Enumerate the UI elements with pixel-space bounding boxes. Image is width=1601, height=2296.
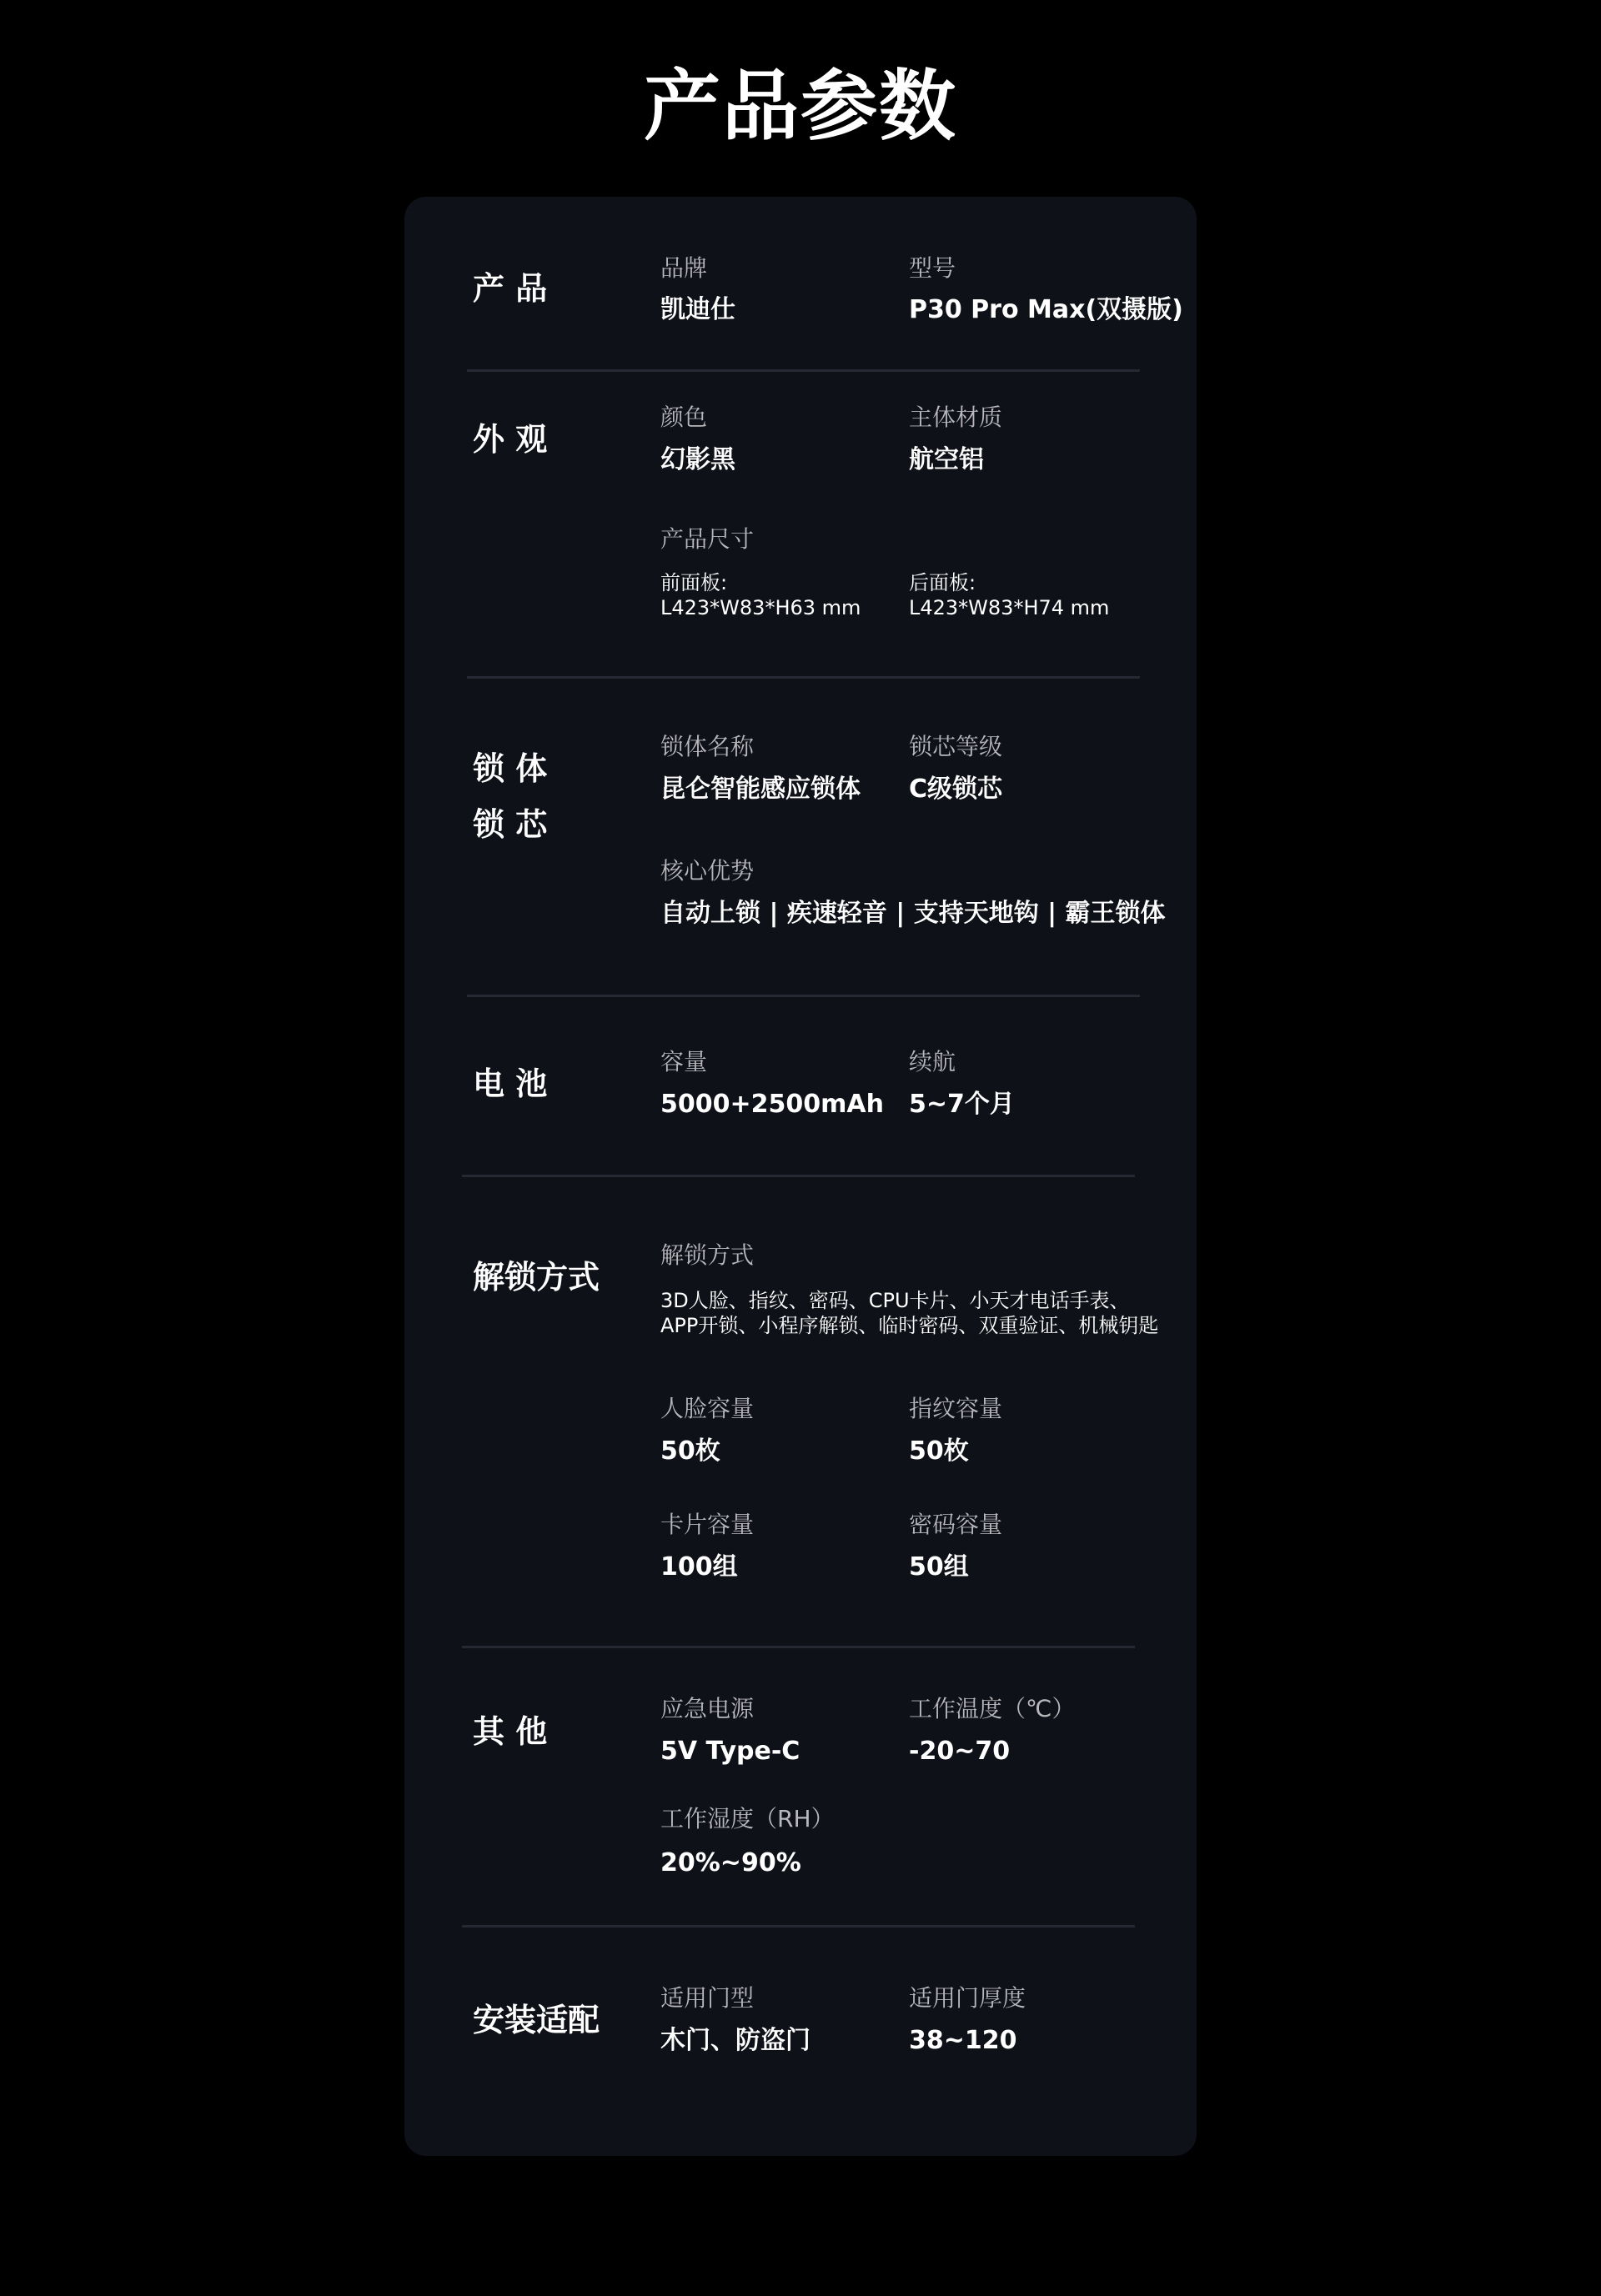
fingerprint-capacity-label: 指纹容量 bbox=[909, 1395, 1002, 1423]
capacity-value: 5000+2500mAh bbox=[660, 1090, 884, 1120]
password-capacity-label: 密码容量 bbox=[909, 1511, 1002, 1539]
divider bbox=[467, 369, 1140, 372]
model-value: P30 Pro Max(双摄版) bbox=[909, 295, 1183, 325]
door-type-value: 木门、防盗门 bbox=[660, 2026, 811, 2056]
section-title-lock-cylinder: 锁 芯 bbox=[473, 806, 547, 843]
divider bbox=[462, 1646, 1135, 1648]
password-capacity-value: 50组 bbox=[909, 1552, 969, 1582]
cylinder-grade-value: C级锁芯 bbox=[909, 775, 1002, 805]
brand-label: 品牌 bbox=[660, 254, 707, 283]
divider bbox=[462, 1175, 1135, 1177]
unlock-methods-label: 解锁方式 bbox=[660, 1241, 754, 1270]
work-humidity-value: 20%~90% bbox=[660, 1848, 801, 1878]
section-title-battery: 电 池 bbox=[473, 1065, 547, 1102]
unlock-methods-line2: APP开锁、小程序解锁、临时密码、双重验证、机械钥匙 bbox=[660, 1313, 1158, 1338]
material-label: 主体材质 bbox=[909, 404, 1002, 432]
face-capacity-label: 人脸容量 bbox=[660, 1395, 754, 1423]
capacity-label: 容量 bbox=[660, 1048, 707, 1076]
page-title: 产品参数 bbox=[0, 65, 1601, 148]
endurance-value: 5~7个月 bbox=[909, 1090, 1015, 1120]
material-value: 航空铝 bbox=[909, 445, 984, 475]
section-title-appearance: 外 观 bbox=[473, 421, 547, 458]
door-type-label: 适用门型 bbox=[660, 1984, 754, 2013]
divider bbox=[467, 676, 1140, 679]
card-capacity-label: 卡片容量 bbox=[660, 1511, 754, 1539]
color-value: 幻影黑 bbox=[660, 445, 735, 475]
brand-value: 凯迪仕 bbox=[660, 295, 735, 325]
section-title-unlock: 解锁方式 bbox=[473, 1259, 600, 1296]
color-label: 颜色 bbox=[660, 404, 707, 432]
work-temp-value: -20~70 bbox=[909, 1737, 1010, 1767]
lock-body-name-value: 昆仑智能感应锁体 bbox=[660, 775, 861, 805]
lock-body-name-label: 锁体名称 bbox=[660, 733, 754, 761]
endurance-label: 续航 bbox=[909, 1048, 956, 1076]
work-temp-label: 工作温度（℃） bbox=[909, 1695, 1075, 1723]
spec-card: 产 品 品牌 凯迪仕 型号 P30 Pro Max(双摄版) 外 观 颜色 幻影… bbox=[404, 197, 1197, 2156]
core-advantages-label: 核心优势 bbox=[660, 857, 754, 885]
emergency-power-value: 5V Type-C bbox=[660, 1737, 800, 1767]
unlock-methods-line1: 3D人脸、指纹、密码、CPU卡片、小天才电话手表、 bbox=[660, 1288, 1130, 1313]
work-humidity-label: 工作湿度（RH） bbox=[660, 1805, 835, 1833]
size-label: 产品尺寸 bbox=[660, 525, 754, 554]
section-title-lock-body: 锁 体 bbox=[473, 750, 547, 787]
divider bbox=[467, 995, 1140, 997]
section-title-product: 产 品 bbox=[473, 270, 547, 307]
front-panel-label: 前面板: bbox=[660, 570, 727, 595]
front-panel-value: L423*W83*H63 mm bbox=[660, 595, 861, 620]
fingerprint-capacity-value: 50枚 bbox=[909, 1436, 969, 1466]
section-title-other: 其 他 bbox=[473, 1713, 547, 1750]
back-panel-value: L423*W83*H74 mm bbox=[909, 595, 1109, 620]
door-thickness-label: 适用门厚度 bbox=[909, 1984, 1026, 2013]
core-advantages-value: 自动上锁 | 疾速轻音 | 支持天地钩 | 霸王锁体 bbox=[660, 899, 1166, 929]
door-thickness-value: 38~120 bbox=[909, 2026, 1017, 2056]
cylinder-grade-label: 锁芯等级 bbox=[909, 733, 1002, 761]
divider bbox=[462, 1925, 1135, 1928]
emergency-power-label: 应急电源 bbox=[660, 1695, 754, 1723]
card-capacity-value: 100组 bbox=[660, 1552, 738, 1582]
section-title-install: 安装适配 bbox=[473, 2002, 600, 2038]
face-capacity-value: 50枚 bbox=[660, 1436, 720, 1466]
back-panel-label: 后面板: bbox=[909, 570, 976, 595]
model-label: 型号 bbox=[909, 254, 956, 283]
